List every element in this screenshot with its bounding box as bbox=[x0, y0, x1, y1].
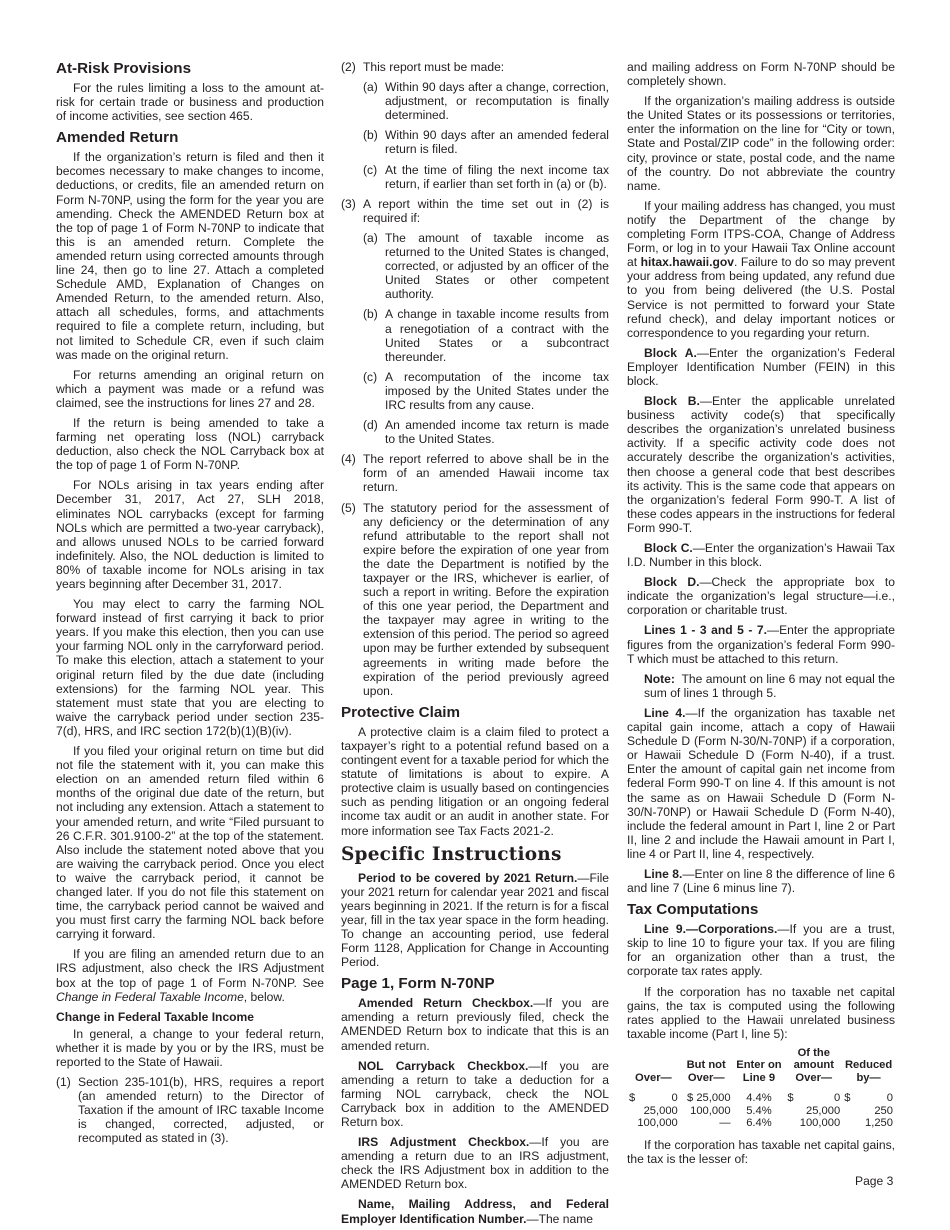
list-number: (b) bbox=[363, 307, 385, 363]
value: 0 bbox=[834, 1092, 840, 1105]
paragraph: For NOLs arising in tax years ending aft… bbox=[56, 478, 324, 591]
text: If you are filing an amended return due … bbox=[56, 947, 324, 989]
paragraph: If the corporation has no taxable net ca… bbox=[627, 985, 895, 1041]
paragraph: Lines 1 - 3 and 5 - 7.—Enter the appropr… bbox=[627, 623, 895, 665]
paragraph: Period to be covered by 2021 Return.—Fil… bbox=[341, 871, 609, 970]
list-number: (1) bbox=[56, 1075, 78, 1145]
list-text: A report within the time set out in (2) … bbox=[363, 197, 609, 225]
paragraph: Line 9.—Corporations.—If you are a trust… bbox=[627, 922, 895, 978]
column-header: Over— bbox=[627, 1047, 680, 1093]
page-number: Page 3 bbox=[855, 1174, 893, 1188]
paragraph: Name, Mailing Address, and Federal Emplo… bbox=[341, 1197, 609, 1225]
paragraph: If the organization’s mailing address is… bbox=[627, 94, 895, 193]
run-in-heading: Period to be covered by 2021 Return. bbox=[358, 871, 577, 885]
cell-over: $0 bbox=[627, 1092, 680, 1105]
document-page: At-Risk Provisions For the rules limitin… bbox=[56, 60, 894, 1170]
paragraph: If the organization’s return is filed an… bbox=[56, 150, 324, 361]
paragraph: Block B.—Enter the applicable unrelated … bbox=[627, 394, 895, 535]
cell-reduced-by: 1,250 bbox=[842, 1117, 895, 1130]
list-item: (c)At the time of filing the next income… bbox=[363, 163, 609, 191]
note-label: Note: bbox=[644, 672, 675, 686]
list-text: A recomputation of the income tax impose… bbox=[385, 370, 609, 412]
list-text: The amount of taxable income as returned… bbox=[385, 231, 609, 301]
run-in-heading: NOL Carryback Checkbox. bbox=[358, 1059, 528, 1073]
paragraph: If your mailing address has changed, you… bbox=[627, 199, 895, 340]
list-text: This report must be made: bbox=[363, 60, 609, 74]
cross-reference: Change in Federal Taxable Income bbox=[56, 990, 244, 1004]
table-header-row: Over— But not Over— Enter on Line 9 Of t… bbox=[627, 1047, 895, 1093]
column-header: Enter on Line 9 bbox=[733, 1047, 786, 1093]
column-header: But not Over— bbox=[680, 1047, 733, 1093]
run-in-heading: Lines 1 - 3 and 5 - 7. bbox=[644, 623, 767, 637]
cell-amount-over: 25,000 bbox=[785, 1105, 842, 1118]
value: 0 bbox=[887, 1092, 893, 1105]
run-in-heading: Line 4. bbox=[644, 706, 685, 720]
paragraph: Line 8.—Enter on line 8 the difference o… bbox=[627, 867, 895, 895]
heading-at-risk: At-Risk Provisions bbox=[56, 60, 324, 78]
text: , below. bbox=[244, 990, 285, 1004]
cell-not-over: $ 25,000 bbox=[680, 1092, 733, 1105]
cell-reduced-by: $0 bbox=[842, 1092, 895, 1105]
list-number: (5) bbox=[341, 501, 363, 698]
run-in-heading: Line 9.—Corporations. bbox=[644, 922, 777, 936]
value: 0 bbox=[672, 1092, 678, 1105]
list-number: (a) bbox=[363, 80, 385, 122]
cell-rate: 6.4% bbox=[733, 1117, 786, 1130]
cell-over: 100,000 bbox=[627, 1117, 680, 1130]
table-row: 100,000 — 6.4% 100,000 1,250 bbox=[627, 1117, 895, 1130]
run-in-heading: Block A. bbox=[644, 346, 697, 360]
cell-not-over: 100,000 bbox=[680, 1105, 733, 1118]
list-text: Within 90 days after a change, correctio… bbox=[385, 80, 609, 122]
paragraph: For returns amending an original return … bbox=[56, 368, 324, 410]
list-number: (c) bbox=[363, 163, 385, 191]
currency-symbol: $ bbox=[629, 1092, 635, 1105]
list-text: The statutory period for the assessment … bbox=[363, 501, 609, 698]
cell-amount-over: 100,000 bbox=[785, 1117, 842, 1130]
column-2: (2)This report must be made: (a)Within 9… bbox=[341, 60, 609, 1230]
heading-specific-instructions: Specific Instructions bbox=[341, 844, 609, 866]
column-3: and mailing address on Form N-70NP shoul… bbox=[627, 60, 895, 1172]
table-row: $0 $ 25,000 4.4% $0 $0 bbox=[627, 1092, 895, 1105]
paragraph: Block C.—Enter the organization’s Hawaii… bbox=[627, 541, 895, 569]
cell-rate: 5.4% bbox=[733, 1105, 786, 1118]
currency-symbol: $ bbox=[844, 1092, 850, 1105]
list-text: Section 235-101(b), HRS, requires a repo… bbox=[78, 1075, 324, 1145]
run-in-heading: Block B. bbox=[644, 394, 700, 408]
list-item: (b)Within 90 days after an amended feder… bbox=[363, 128, 609, 156]
list-item: (5)The statutory period for the assessme… bbox=[341, 501, 609, 698]
run-in-heading: IRS Adjustment Checkbox. bbox=[358, 1135, 529, 1149]
text: —Enter the applicable unrelated business… bbox=[627, 394, 895, 535]
list-text: A change in taxable income results from … bbox=[385, 307, 609, 363]
cell-amount-over: $0 bbox=[785, 1092, 842, 1105]
heading-change-federal: Change in Federal Taxable Income bbox=[56, 1010, 324, 1024]
list-number: (d) bbox=[363, 418, 385, 446]
list-item: (a)Within 90 days after a change, correc… bbox=[363, 80, 609, 122]
text: The amount on line 6 may not equal the s… bbox=[644, 672, 898, 700]
text: —If the organization has taxable net cap… bbox=[627, 706, 895, 861]
tax-rate-table: Over— But not Over— Enter on Line 9 Of t… bbox=[627, 1047, 895, 1130]
run-in-heading: Block D. bbox=[644, 575, 699, 589]
paragraph: Amended Return Checkbox.—If you are amen… bbox=[341, 996, 609, 1052]
list-number: (b) bbox=[363, 128, 385, 156]
text: —The name bbox=[526, 1212, 593, 1226]
paragraph: If you are filing an amended return due … bbox=[56, 947, 324, 1003]
paragraph: For the rules limiting a loss to the amo… bbox=[56, 81, 324, 123]
website-link[interactable]: hitax.hawaii.gov bbox=[641, 255, 734, 269]
paragraph: NOL Carryback Checkbox.—If you are amend… bbox=[341, 1059, 609, 1129]
list-item: (d)An amended income tax return is made … bbox=[363, 418, 609, 446]
heading-page1-form: Page 1, Form N-70NP bbox=[341, 975, 609, 993]
paragraph: Block D.—Check the appropriate box to in… bbox=[627, 575, 895, 617]
column-header: Of the amount Over— bbox=[785, 1047, 842, 1093]
run-in-heading: Amended Return Checkbox. bbox=[358, 996, 533, 1010]
list-item: (4)The report referred to above shall be… bbox=[341, 452, 609, 494]
list-item: (1) Section 235-101(b), HRS, requires a … bbox=[56, 1075, 324, 1145]
paragraph: Block A.—Enter the organization’s Federa… bbox=[627, 346, 895, 388]
list-item: (3)A report within the time set out in (… bbox=[341, 197, 609, 225]
paragraph: In general, a change to your federal ret… bbox=[56, 1027, 324, 1069]
paragraph: If the return is being amended to take a… bbox=[56, 416, 324, 472]
cell-rate: 4.4% bbox=[733, 1092, 786, 1105]
list-text: At the time of filing the next income ta… bbox=[385, 163, 609, 191]
list-number: (2) bbox=[341, 60, 363, 74]
list-item: (2)This report must be made: bbox=[341, 60, 609, 74]
paragraph: and mailing address on Form N-70NP shoul… bbox=[627, 60, 895, 88]
list-item: (a)The amount of taxable income as retur… bbox=[363, 231, 609, 301]
paragraph: Line 4.—If the organization has taxable … bbox=[627, 706, 895, 861]
currency-symbol: $ bbox=[787, 1092, 793, 1105]
list-text: The report referred to above shall be in… bbox=[363, 452, 609, 494]
paragraph: You may elect to carry the farming NOL f… bbox=[56, 597, 324, 738]
table-row: 25,000 100,000 5.4% 25,000 250 bbox=[627, 1105, 895, 1118]
list-number: (c) bbox=[363, 370, 385, 412]
list-number: (3) bbox=[341, 197, 363, 225]
list-number: (a) bbox=[363, 231, 385, 301]
heading-protective-claim: Protective Claim bbox=[341, 704, 609, 722]
list-text: An amended income tax return is made to … bbox=[385, 418, 609, 446]
run-in-heading: Block C. bbox=[644, 541, 693, 555]
list-number: (4) bbox=[341, 452, 363, 494]
column-header: Reduced by— bbox=[842, 1047, 895, 1093]
paragraph: IRS Adjustment Checkbox.—If you are amen… bbox=[341, 1135, 609, 1191]
cell-over: 25,000 bbox=[627, 1105, 680, 1118]
heading-tax-computations: Tax Computations bbox=[627, 901, 895, 919]
run-in-heading: Line 8. bbox=[644, 867, 682, 881]
list-text: Within 90 days after an amended federal … bbox=[385, 128, 609, 156]
paragraph: A protective claim is a claim filed to p… bbox=[341, 725, 609, 838]
text: —File your 2021 return for calendar year… bbox=[341, 871, 609, 970]
note: Note: The amount on line 6 may not equal… bbox=[644, 672, 895, 700]
paragraph: If the corporation has taxable net capit… bbox=[627, 1138, 895, 1166]
column-1: At-Risk Provisions For the rules limitin… bbox=[56, 60, 324, 1151]
cell-not-over: — bbox=[680, 1117, 733, 1130]
list-item: (b)A change in taxable income results fr… bbox=[363, 307, 609, 363]
paragraph: If you filed your original return on tim… bbox=[56, 744, 324, 941]
heading-amended-return: Amended Return bbox=[56, 129, 324, 147]
cell-reduced-by: 250 bbox=[842, 1105, 895, 1118]
list-item: (c)A recomputation of the income tax imp… bbox=[363, 370, 609, 412]
